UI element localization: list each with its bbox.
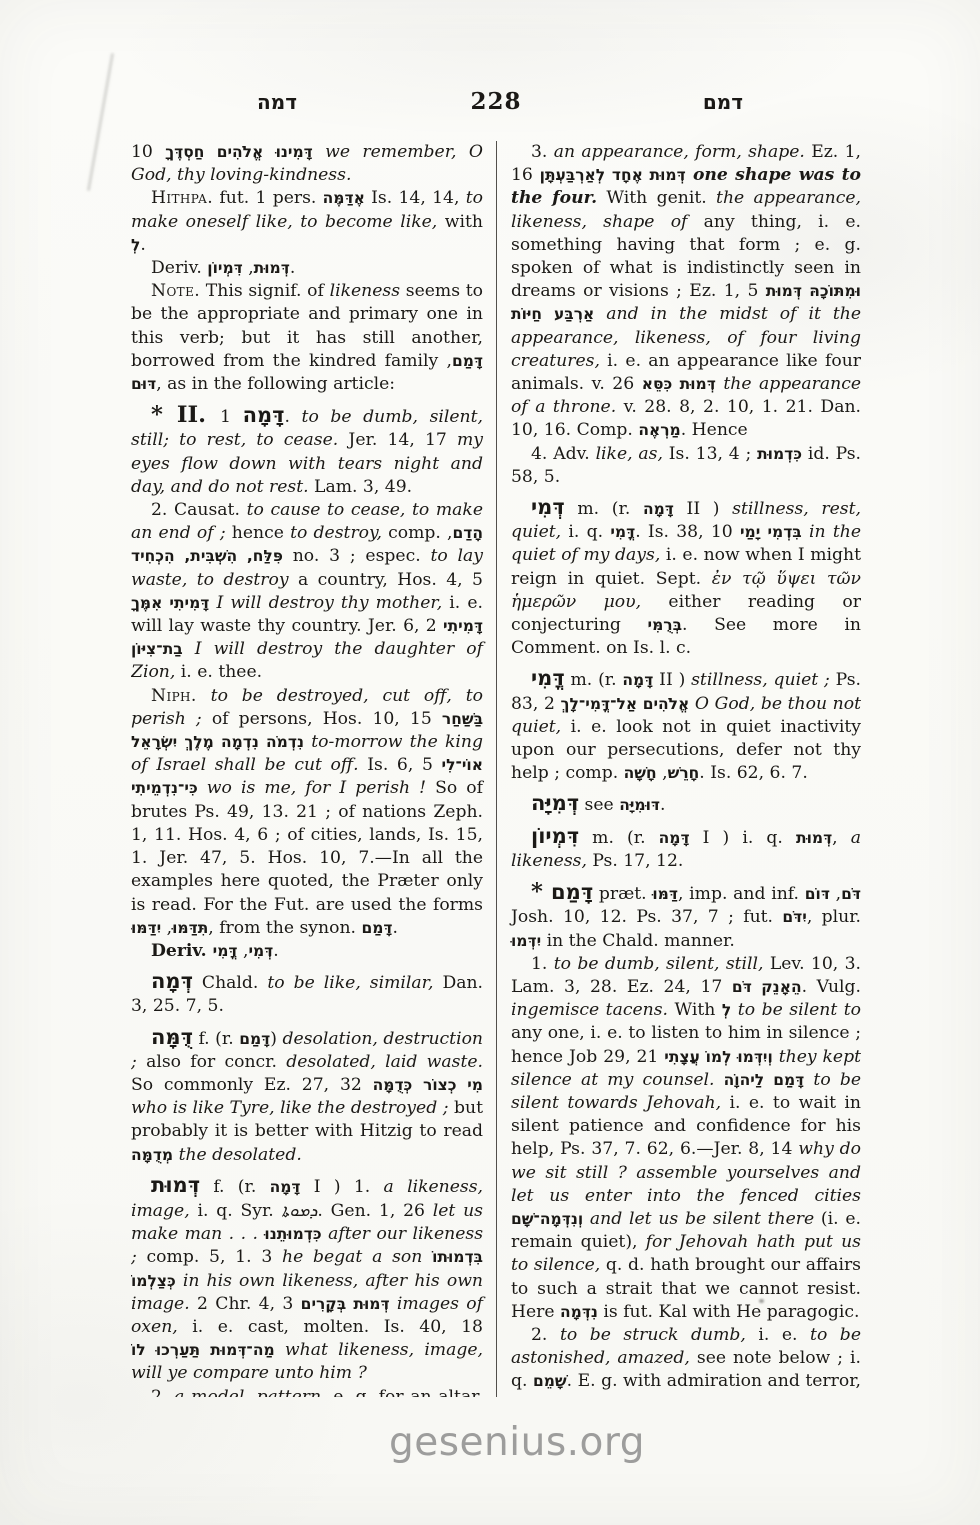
text-segment: . Vulg. [802, 977, 861, 997]
text-segment: is fut. Kal with He paragogic. [598, 1302, 859, 1322]
hebrew-text: אֶדַּמֶּה [323, 189, 365, 207]
text-segment: 1. [531, 954, 554, 974]
text-segment: in the Chald. manner. [541, 931, 735, 951]
paragraph: Deriv. דְּמוּת, דִּמְיוֹן. [131, 257, 483, 280]
hebrew-text: כִּדְמוּת [757, 445, 802, 463]
text-segment: Deriv. [151, 941, 213, 961]
text-segment: 2. Causat. [151, 500, 247, 520]
text-segment [197, 686, 211, 706]
text-segment: f. (r. [200, 1177, 270, 1197]
paragraph: דִּמְיוֹן m. (r. דָּמָה I ) i. q. דְּמוּ… [511, 826, 861, 873]
hebrew-text: כִּדְמוּתֵנוּ [264, 1225, 321, 1243]
hebrew-text: דָּמַם [361, 919, 392, 937]
paragraph: * II. דָּמָה 1. to be dumb, silent, stil… [131, 404, 483, 499]
hebrew-text: דָּמִינוּ אֱלֹהִים חַסְדֶּךָ [165, 143, 313, 161]
text-segment: a model, pattern, [174, 1387, 326, 1397]
text-segment: I ) 1. [301, 1177, 384, 1197]
text-segment: stillness, quiet ; [691, 670, 830, 690]
text-segment: , imp. and inf. [678, 884, 805, 904]
hebrew-text: יִדַּמּוּ [131, 919, 161, 937]
watermark: gesenius.org [27, 1420, 980, 1465]
text-segment: m. (r. [565, 670, 623, 690]
text-segment: an appearance, form, shape. [554, 142, 805, 162]
text-segment: . [290, 258, 295, 278]
text-segment: m. (r. [565, 499, 643, 519]
text-segment: likeness [330, 281, 400, 301]
hebrew-text: דְּמוּת כִּסֵּא [642, 375, 716, 393]
text-segment: Is. 14, 14, [365, 188, 466, 208]
right-column: 3. an appearance, form, shape. Ez. 1, 16… [496, 141, 861, 1397]
hebrew-headword: דָּמָה [243, 403, 285, 427]
page-number: 228 [131, 88, 861, 115]
hebrew-headword: דְּמִיָּה [531, 791, 579, 815]
text-segment: ) [270, 1029, 282, 1049]
hebrew-text: דָּמָה [643, 500, 674, 518]
hebrew-text: דִּמְיוֹן [207, 259, 242, 277]
text-columns: 10 דָּמִינוּ אֱלֹהִים חַסְדֶּךָ we remem… [131, 141, 861, 1397]
text-segment: Lam. 3, 49. [309, 477, 413, 497]
text-segment: f. (r. [193, 1029, 239, 1049]
hebrew-text: לְ [131, 236, 140, 254]
text-segment: This signif. of [200, 281, 329, 301]
grammar-label: Hithpa. [151, 188, 213, 208]
text-segment: , plur. [807, 907, 861, 927]
text-segment: . [660, 795, 665, 815]
text-segment: Josh. 10, 12. Ps. 37, 7 ; fut. [511, 907, 782, 927]
running-head: דמה 228 דמם [131, 88, 861, 122]
text-segment: with [437, 212, 483, 232]
text-segment: With genit. [597, 188, 716, 208]
text-segment: i. e. thee. [175, 662, 262, 682]
text-segment: hence [226, 523, 290, 543]
hebrew-headword: דְּמִי [531, 495, 565, 519]
text-segment: of persons, Hos. 10, 15 [202, 709, 442, 729]
text-segment: no. 3 ; espec. [283, 546, 431, 566]
hebrew-text: וְיִדְּמוּ לְמוֹ עֲצָתִי [664, 1048, 773, 1066]
hebrew-text: בְּרֻמִּי [648, 616, 683, 634]
text-segment: II ) [653, 670, 691, 690]
hebrew-text: וְנִדְּמָה־שָּׁם [511, 1210, 583, 1228]
paragraph: 10 דָּמִינוּ אֱלֹהִים חַסְדֶּךָ we remem… [131, 141, 483, 187]
text-segment: and let us be silent there [583, 1209, 814, 1229]
text-segment: Ps. 17, 12. [587, 851, 683, 871]
text-segment: . [140, 235, 145, 255]
paragraph: 3. an appearance, form, shape. Ez. 1, 16… [511, 141, 861, 443]
running-head-right-word: דמם [703, 90, 743, 114]
text-segment: , [161, 918, 172, 938]
text-segment: 10 [131, 142, 165, 162]
text-segment: . Gen. 1, 26 [317, 1201, 432, 1221]
hebrew-headword: דֻּמָּה [151, 1025, 193, 1049]
hebrew-text: פִּלַּח, הִשְׁבִּית, הִכְחִיד [131, 547, 283, 565]
text-segment: Is. 6, 5 [359, 755, 442, 775]
hebrew-text: מַרְאֶה [638, 421, 680, 439]
hebrew-text: דָּמִיתִי אִמֶּךָ [131, 594, 209, 612]
text-segment: who is like Tyre, like the destroyed ; [131, 1098, 449, 1118]
text-segment: 2. [151, 1387, 174, 1397]
hebrew-text: מְדֻמָּה [131, 1146, 173, 1164]
text-segment: 3. [531, 142, 554, 162]
paragraph: * דָּמַם præt. דַּמּוּ, imp. and inf. דֹ… [511, 881, 861, 953]
text-segment: , [832, 828, 851, 848]
paragraph: 2. to be struck dumb, i. e. to be astoni… [511, 1324, 861, 1397]
text-segment: . [393, 918, 398, 938]
paragraph: 4. Adv. like, as, Is. 13, 4 ; כִּדְמוּת … [511, 443, 861, 489]
text-segment: he begat a son [282, 1247, 432, 1267]
paragraph: Note. This signif. of likeness seems to … [131, 280, 483, 396]
text-segment: i. q. [561, 522, 610, 542]
hebrew-text: דְּמִי [248, 942, 273, 960]
text-segment: m. (r. [579, 828, 659, 848]
hebrew-headword: דֳּמִי [531, 666, 565, 690]
text-segment: II ) [674, 499, 732, 519]
scan-artifact [87, 53, 114, 191]
hebrew-text: דְּמוּת [796, 829, 832, 847]
text-segment: to be struck dumb, [560, 1325, 746, 1345]
hebrew-text: דּוּם [131, 375, 156, 393]
text-segment: wo is me, for I perish ! [198, 778, 426, 798]
text-segment: , from the synon. [208, 918, 361, 938]
paragraph: Deriv. דְּמִי, דֳּמִי. [131, 940, 483, 963]
text-segment: a country, Hos. 4, 5 [289, 570, 483, 590]
text-segment: to be silent to [731, 1000, 861, 1020]
text-segment: I ) i. q. [690, 828, 796, 848]
hebrew-text: יִדְּמוּ [511, 932, 541, 950]
hebrew-text: אֱלֹהִים אַל־דֳּמִי־לָךְ [561, 695, 690, 713]
hebrew-text: חָרֵשׁ [668, 764, 700, 782]
text-segment: i. e. [746, 1325, 810, 1345]
left-column: 10 דָּמִינוּ אֱלֹהִים חַסְדֶּךָ we remem… [131, 141, 496, 1397]
scanned-page: דמה 228 דמם 10 דָּמִינוּ אֱלֹהִים חַסְדֶ… [0, 0, 980, 1525]
text-segment: . Hence [681, 420, 748, 440]
hebrew-headword: דְּמָה [151, 969, 193, 993]
text-segment: , [830, 884, 841, 904]
entry-marker: * II. [151, 402, 220, 428]
text-segment: to be like, similar, [267, 973, 433, 993]
hebrew-text: יִדֹּם [782, 908, 806, 926]
hebrew-text: הָדַם [453, 524, 484, 542]
paragraph: Hithpa. fut. 1 pers. אֶדַּמֶּה Is. 14, 1… [131, 187, 483, 257]
text-segment: i. e. cast, molten. Is. 40, 18 [178, 1317, 483, 1337]
hebrew-text: דָּמַם לַיהוָֹה [724, 1071, 805, 1089]
paragraph: דֳּמִי m. (r. דָּמָה II ) stillness, qui… [511, 668, 861, 785]
hebrew-headword: דָּמַם [551, 880, 593, 904]
hebrew-text: נִדְּמָה [560, 1303, 598, 1321]
text-segment: , [657, 763, 668, 783]
text-segment: With [668, 1000, 722, 1020]
hebrew-text: חָשָׁה [624, 764, 657, 782]
text-segment: . Is. 38, 10 [635, 522, 740, 542]
hebrew-text: תִּדַּמּוּ [172, 919, 208, 937]
hebrew-text: דְּמוּת בְּקָרִים [301, 1295, 390, 1313]
paragraph: דְּמָה Chald. to be like, similar, Dan. … [131, 971, 483, 1018]
text-segment: the desolated. [173, 1145, 302, 1165]
hebrew-text: דָּמָה [270, 1178, 301, 1196]
text-segment: 2 Chr. 4, 3 [190, 1294, 301, 1314]
paragraph: 2. a model, pattern, e. g. for an altar,… [131, 1386, 483, 1397]
text-segment: , [243, 258, 254, 278]
hebrew-text: מַה־דְּמוּת תַּעַרְכוּ לוֹ [131, 1341, 275, 1359]
text-segment: præt. [593, 884, 652, 904]
hebrew-text: מִי כְצוֹר כְּדֻמָּה [373, 1076, 483, 1094]
hebrew-text: דֳּמִי [213, 942, 238, 960]
hebrew-text: דָּמַם [452, 352, 483, 370]
grammar-label: Niph. [151, 686, 197, 706]
text-segment: Deriv. [151, 258, 207, 278]
text-segment: to destroy, [290, 523, 382, 543]
text-segment: So of brutes Ps. 49, 13. 21 ; of nations… [131, 778, 483, 914]
hebrew-text: שָׁמֵם [533, 1372, 567, 1390]
text-segment: I will destroy thy mother, [209, 593, 442, 613]
hebrew-text: דֹּם [841, 885, 861, 903]
hebrew-text: דּוּמִיָּה [619, 796, 660, 814]
text-segment: So commonly Ez. 27, 32 [131, 1075, 373, 1095]
paragraph: דְּמִי m. (r. דָּמָה II ) stillness, res… [511, 497, 861, 660]
hebrew-text: דְּמוּת אֶחָד לְאַרְבַּעְתָּן [540, 166, 686, 184]
text-segment: . [273, 941, 278, 961]
hebrew-headword: דִּמְיוֹן [531, 824, 579, 848]
hebrew-text: הֵאָנֵק דֹּם [732, 978, 802, 996]
text-segment: . Is. 62, 6. 7. [699, 763, 808, 783]
text-segment: desolated, laid waste. [286, 1052, 483, 1072]
text-segment: comp. [382, 523, 447, 543]
text-segment: , [238, 941, 249, 961]
text-segment: Is. 13, 4 ; [663, 444, 757, 464]
hebrew-text: דֹּמּוּ יֹשְׁבֵי אִי [730, 1396, 827, 1397]
text-segment: i. q. Syr. [190, 1201, 282, 1221]
text-segment: fut. 1 pers. [213, 188, 323, 208]
hebrew-text: דַּמּוּ [652, 885, 678, 903]
text-segment: to be dumb, silent, still, [554, 954, 764, 974]
hebrew-text: בִּדְמִי יָמַי [740, 523, 802, 541]
text-segment: ingemisce tacens. [511, 1000, 668, 1020]
text-segment: also for concr. [137, 1052, 286, 1072]
hebrew-text: דְּמוּת [254, 259, 290, 277]
text-segment: like, as, [596, 444, 663, 464]
hebrew-headword: דְּמוּת [151, 1173, 200, 1197]
text-segment: , as in the following article: [156, 374, 395, 394]
text-segment: Chald. [193, 973, 267, 993]
text-segment: 4. Adv. [531, 444, 596, 464]
paragraph: דֻּמָּה f. (r. דָּמַם) desolation, destr… [131, 1027, 483, 1167]
paragraph: דְּמוּת f. (r. דָּמָה I ) 1. a likeness,… [131, 1175, 483, 1386]
hebrew-text: דָּמָה [622, 671, 653, 689]
paragraph: 2. Causat. to cause to cease, to make an… [131, 499, 483, 685]
hebrew-text: דֳּמִי [610, 523, 635, 541]
hebrew-text: דָּמָה [659, 829, 690, 847]
paragraph: Niph. to be destroyed, cut off, to peris… [131, 685, 483, 940]
hebrew-text: לְ [722, 1001, 731, 1019]
grammar-label: Note. [151, 281, 200, 301]
text-segment: comp. 5, 1. 3 [137, 1247, 282, 1267]
paragraph: דְּמִיָּה see דּוּמִיָּה. [511, 793, 861, 817]
text-segment: Jer. 14, 17 [338, 430, 457, 450]
text-segment: 2. [531, 1325, 560, 1345]
hebrew-text: דָּמַם [239, 1030, 270, 1048]
text-segment [715, 1070, 724, 1090]
entry-marker: * [531, 879, 551, 905]
paragraph: 1. to be dumb, silent, still, Lev. 10, 3… [511, 953, 861, 1324]
text-segment: see [579, 795, 619, 815]
hebrew-text: דּוֹם [805, 885, 830, 903]
syriac-text: ܕܡܘܬܐ [282, 1201, 318, 1220]
